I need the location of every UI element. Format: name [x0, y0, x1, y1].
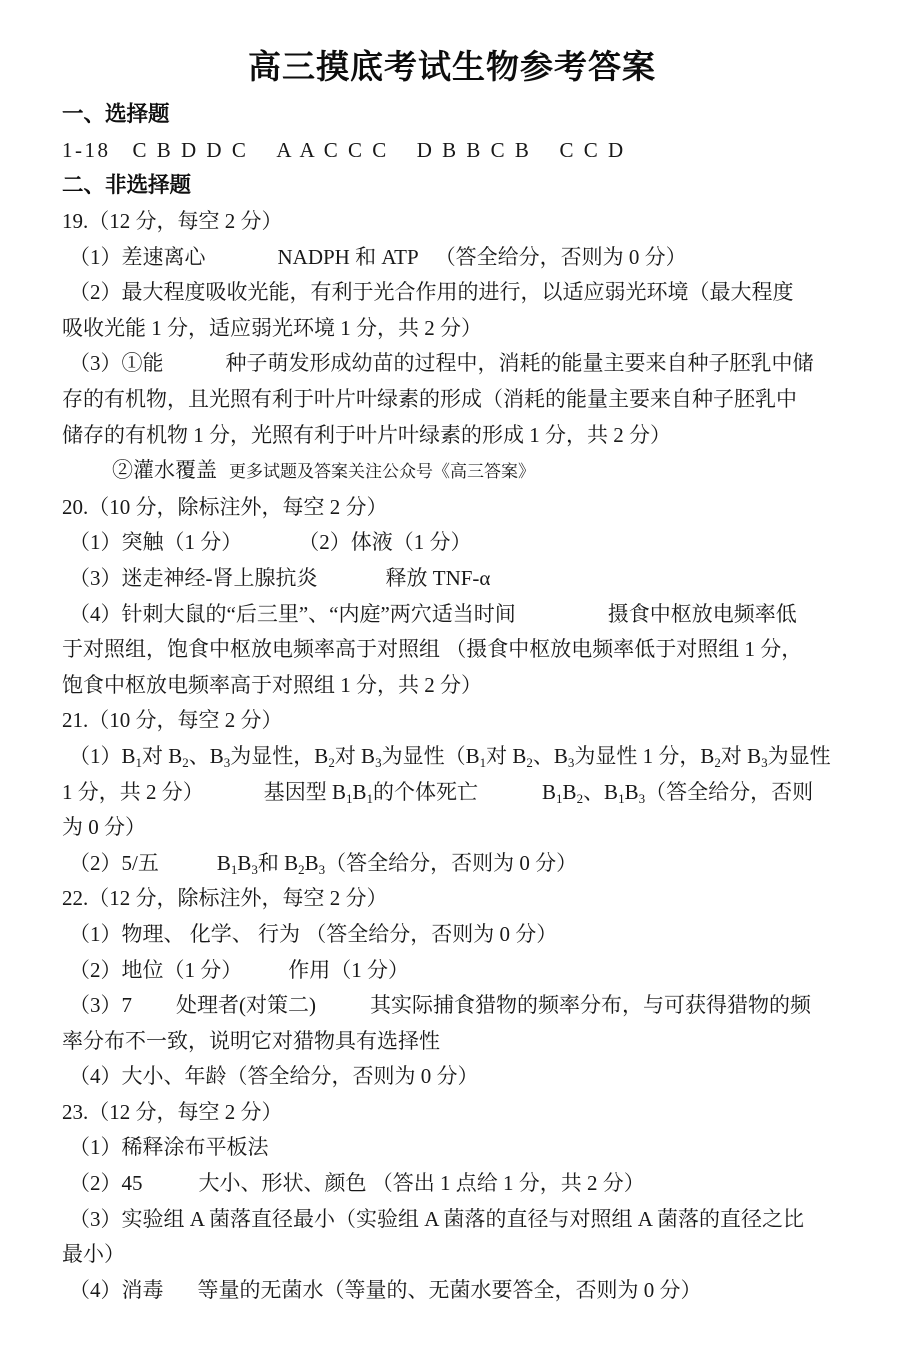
text-segment: 22.（12 分，除标注外，每空 2 分） [62, 886, 388, 910]
document-line: （1）物理、 化学、 行为 （答全给分，否则为 0 分） [62, 917, 842, 953]
text-segment: 的个体死亡 [373, 780, 478, 804]
text-segment: 为显性 1 分，B [574, 744, 714, 768]
text-segment: （答全给分，否则 [645, 780, 813, 804]
text-segment: （1）突触（1 分） [69, 530, 242, 554]
text-segment: 等量的无菌水（等量的、无菌水要答全，否则为 0 分） [198, 1278, 702, 1302]
text-segment: 、B [189, 744, 224, 768]
text-segment: （2）45 [69, 1171, 143, 1195]
page-title: 高三摸底考试生物参考答案 [62, 46, 842, 87]
document-line: 一、选择题 [62, 97, 842, 133]
document-line: 20.（10 分，除标注外，每空 2 分） [62, 490, 842, 526]
document-line: （2）地位（1 分）作用（1 分） [62, 953, 842, 989]
text-segment: 为显性，B [230, 744, 328, 768]
text-segment: B [305, 851, 319, 875]
text-segment: 、B [533, 744, 568, 768]
text-segment: （3）①能 [69, 351, 164, 375]
answer-blank-gap [164, 369, 226, 370]
text-segment: （3）实验组 A 菌落直径最小（实验组 A 菌落的直径与对照组 A 菌落的直径之… [69, 1207, 804, 1231]
document-line: 23.（12 分，每空 2 分） [62, 1095, 842, 1131]
answer-blank-gap [318, 584, 386, 585]
text-segment: （1）稀释涂布平板法 [69, 1135, 269, 1159]
text-segment: 19.（12 分，每空 2 分） [62, 209, 283, 233]
answer-blank-gap [159, 869, 217, 870]
text-segment: 吸收光能 1 分，适应弱光环境 1 分，共 2 分） [62, 316, 482, 340]
document-line: 1 分，共 2 分）基因型 B1B1的个体死亡B1B2、B1B3（答全给分，否则 [62, 775, 842, 811]
text-segment: 对 B [486, 744, 526, 768]
text-segment: 其实际捕食猎物的频率分布，与可获得猎物的频 [370, 993, 811, 1017]
text-segment: B [563, 780, 577, 804]
answer-blank-gap [204, 798, 264, 799]
text-segment: 、B [583, 780, 618, 804]
text-segment: （3）7 [69, 993, 132, 1017]
document-line: 于对照组，饱食中枢放电频率高于对照组 （摄食中枢放电频率低于对照组 1 分， [62, 632, 842, 668]
text-segment: 于对照组，饱食中枢放电频率高于对照组 （摄食中枢放电频率低于对照组 1 分， [62, 637, 802, 661]
text-segment: （2）5/五 [69, 851, 159, 875]
text-segment: 为 0 分） [62, 815, 146, 839]
answer-blank-gap [143, 1189, 199, 1190]
document-line: （3）实验组 A 菌落直径最小（实验组 A 菌落的直径与对照组 A 菌落的直径之… [62, 1202, 842, 1238]
text-segment: 释放 TNF-α [386, 566, 491, 590]
text-segment: 作用（1 分） [288, 958, 409, 982]
answer-blank-gap [419, 263, 435, 264]
text-segment: （3）迷走神经-肾上腺抗炎 [69, 566, 318, 590]
text-segment: （1）B [69, 744, 136, 768]
text-segment: 二、非选择题 [62, 173, 191, 197]
text-segment: C B D D C [133, 138, 249, 162]
document-line: （2）45大小、形状、颜色 （答出 1 点给 1 分，共 2 分） [62, 1166, 842, 1202]
text-segment: 为显性（B [382, 744, 480, 768]
text-segment: B [217, 851, 231, 875]
text-segment: 为显性 [768, 744, 831, 768]
text-segment: 23.（12 分，每空 2 分） [62, 1100, 283, 1124]
document-line: （4）消毒等量的无菌水（等量的、无菌水要答全，否则为 0 分） [62, 1273, 842, 1309]
document-line: （2）最大程度吸收光能，有利于光合作用的进行，以适应弱光环境（最大程度 [62, 275, 842, 311]
answer-blank-gap [478, 798, 542, 799]
text-segment: 1 分，共 2 分） [62, 780, 204, 804]
text-segment: 储存的有机物 1 分，光照有利于叶片叶绿素的形成 1 分，共 2 分） [62, 423, 671, 447]
text-segment: 处理者(对策二) [176, 993, 316, 1017]
text-segment: 种子萌发形成幼苗的过程中，消耗的能量主要来自种子胚乳中储 [226, 351, 814, 375]
document-line: 19.（12 分，每空 2 分） [62, 204, 842, 240]
text-segment: （4）针刺大鼠的“后三里”、“内庭”两穴适当时间 [69, 602, 516, 626]
text-segment: （答全给分，否则为 0 分） [435, 245, 687, 269]
text-segment: 和 B [258, 851, 298, 875]
document-line: 二、非选择题 [62, 168, 842, 204]
answer-blank-gap [206, 263, 278, 264]
document-line: 为 0 分） [62, 810, 842, 846]
document-line: （1）突触（1 分）（2）体液（1 分） [62, 525, 842, 561]
document-line: （4）针刺大鼠的“后三里”、“内庭”两穴适当时间摄食中枢放电频率低 [62, 597, 842, 633]
text-segment: （4）消毒 [69, 1278, 164, 1302]
text-segment: 大小、形状、颜色 （答出 1 点给 1 分，共 2 分） [199, 1171, 645, 1195]
answer-blank-gap [516, 620, 608, 621]
document-line: 存的有机物，且光照有利于叶片叶绿素的形成（消耗的能量主要来自种子胚乳中 [62, 382, 842, 418]
document-line: （1）B1对 B2、B3为显性，B2对 B3为显性（B1对 B2、B3为显性 1… [62, 739, 842, 775]
document-line: 最小） [62, 1237, 842, 1273]
text-segment: 基因型 B [264, 780, 346, 804]
answer-blank-gap [164, 1296, 198, 1297]
text-segment: 最小） [62, 1242, 125, 1266]
document-line: 21.（10 分，每空 2 分） [62, 703, 842, 739]
document-line: （3）迷走神经-肾上腺抗炎释放 TNF-α [62, 561, 842, 597]
text-segment: （2）最大程度吸收光能，有利于光合作用的进行，以适应弱光环境（最大程度 [69, 280, 794, 304]
answer-blank-gap [242, 548, 298, 549]
text-segment: B [625, 780, 639, 804]
text-segment: B [353, 780, 367, 804]
document-line: （3）7处理者(对策二)其实际捕食猎物的频率分布，与可获得猎物的频 [62, 988, 842, 1024]
document-page: 高三摸底考试生物参考答案 一、选择题1-18C B D D CA A C C C… [0, 0, 900, 1308]
document-line: 率分布不一致，说明它对猎物具有选择性 [62, 1024, 842, 1060]
text-segment: （2）地位（1 分） [69, 958, 242, 982]
text-segment: D B B C B [417, 138, 532, 162]
answer-blank-gap [111, 156, 133, 157]
text-segment: 20.（10 分，除标注外，每空 2 分） [62, 495, 388, 519]
document-line: （4）大小、年龄（答全给分，否则为 0 分） [62, 1059, 842, 1095]
text-segment: C C D [559, 138, 625, 162]
document-line: 1-18C B D D CA A C C CD B B C BC C D [62, 133, 842, 169]
document-body: 一、选择题1-18C B D D CA A C C CD B B C BC C … [62, 97, 842, 1308]
document-line: （2）5/五B1B3和 B2B3（答全给分，否则为 0 分） [62, 846, 842, 882]
document-line: ②灌水覆盖更多试题及答案关注公众号《高三答案》 [62, 453, 842, 490]
answer-blank-gap [531, 156, 559, 157]
text-segment: （答全给分，否则为 0 分） [325, 851, 577, 875]
text-segment: 对 B [335, 744, 375, 768]
answer-blank-gap [242, 976, 288, 977]
document-line: 储存的有机物 1 分，光照有利于叶片叶绿素的形成 1 分，共 2 分） [62, 418, 842, 454]
answer-blank-gap [132, 1011, 176, 1012]
text-segment: （4）大小、年龄（答全给分，否则为 0 分） [69, 1064, 479, 1088]
text-segment: 摄食中枢放电频率低 [608, 602, 797, 626]
text-segment: 对 B [142, 744, 182, 768]
document-line: （3）①能种子萌发形成幼苗的过程中，消耗的能量主要来自种子胚乳中储 [62, 346, 842, 382]
footnote-text: 更多试题及答案关注公众号《高三答案》 [229, 462, 535, 481]
text-segment: 21.（10 分，每空 2 分） [62, 708, 283, 732]
text-segment: （1）差速离心 [69, 245, 206, 269]
text-segment: B [237, 851, 251, 875]
text-segment: A A C C C [276, 138, 388, 162]
answer-blank-gap [389, 156, 417, 157]
text-segment: 对 B [721, 744, 761, 768]
text-segment: 1-18 [62, 138, 111, 162]
document-line: （1）差速离心NADPH 和 ATP（答全给分，否则为 0 分） [62, 240, 842, 276]
text-segment: （1）物理、 化学、 行为 （答全给分，否则为 0 分） [69, 922, 557, 946]
text-segment: ②灌水覆盖 [112, 458, 217, 482]
document-line: 饱食中枢放电频率高于对照组 1 分，共 2 分） [62, 668, 842, 704]
document-line: （1）稀释涂布平板法 [62, 1130, 842, 1166]
text-segment: 率分布不一致，说明它对猎物具有选择性 [62, 1029, 440, 1053]
text-segment: 一、选择题 [62, 102, 170, 126]
answer-blank-gap [316, 1011, 370, 1012]
text-segment: 饱食中枢放电频率高于对照组 1 分，共 2 分） [62, 673, 482, 697]
answer-blank-gap [248, 156, 276, 157]
text-segment: B [542, 780, 556, 804]
text-segment: 存的有机物，且光照有利于叶片叶绿素的形成（消耗的能量主要来自种子胚乳中 [62, 387, 797, 411]
answer-blank-gap [217, 476, 229, 477]
document-line: 吸收光能 1 分，适应弱光环境 1 分，共 2 分） [62, 311, 842, 347]
text-segment: （2）体液（1 分） [298, 530, 471, 554]
text-segment: NADPH 和 ATP [278, 245, 419, 269]
document-line: 22.（12 分，除标注外，每空 2 分） [62, 881, 842, 917]
